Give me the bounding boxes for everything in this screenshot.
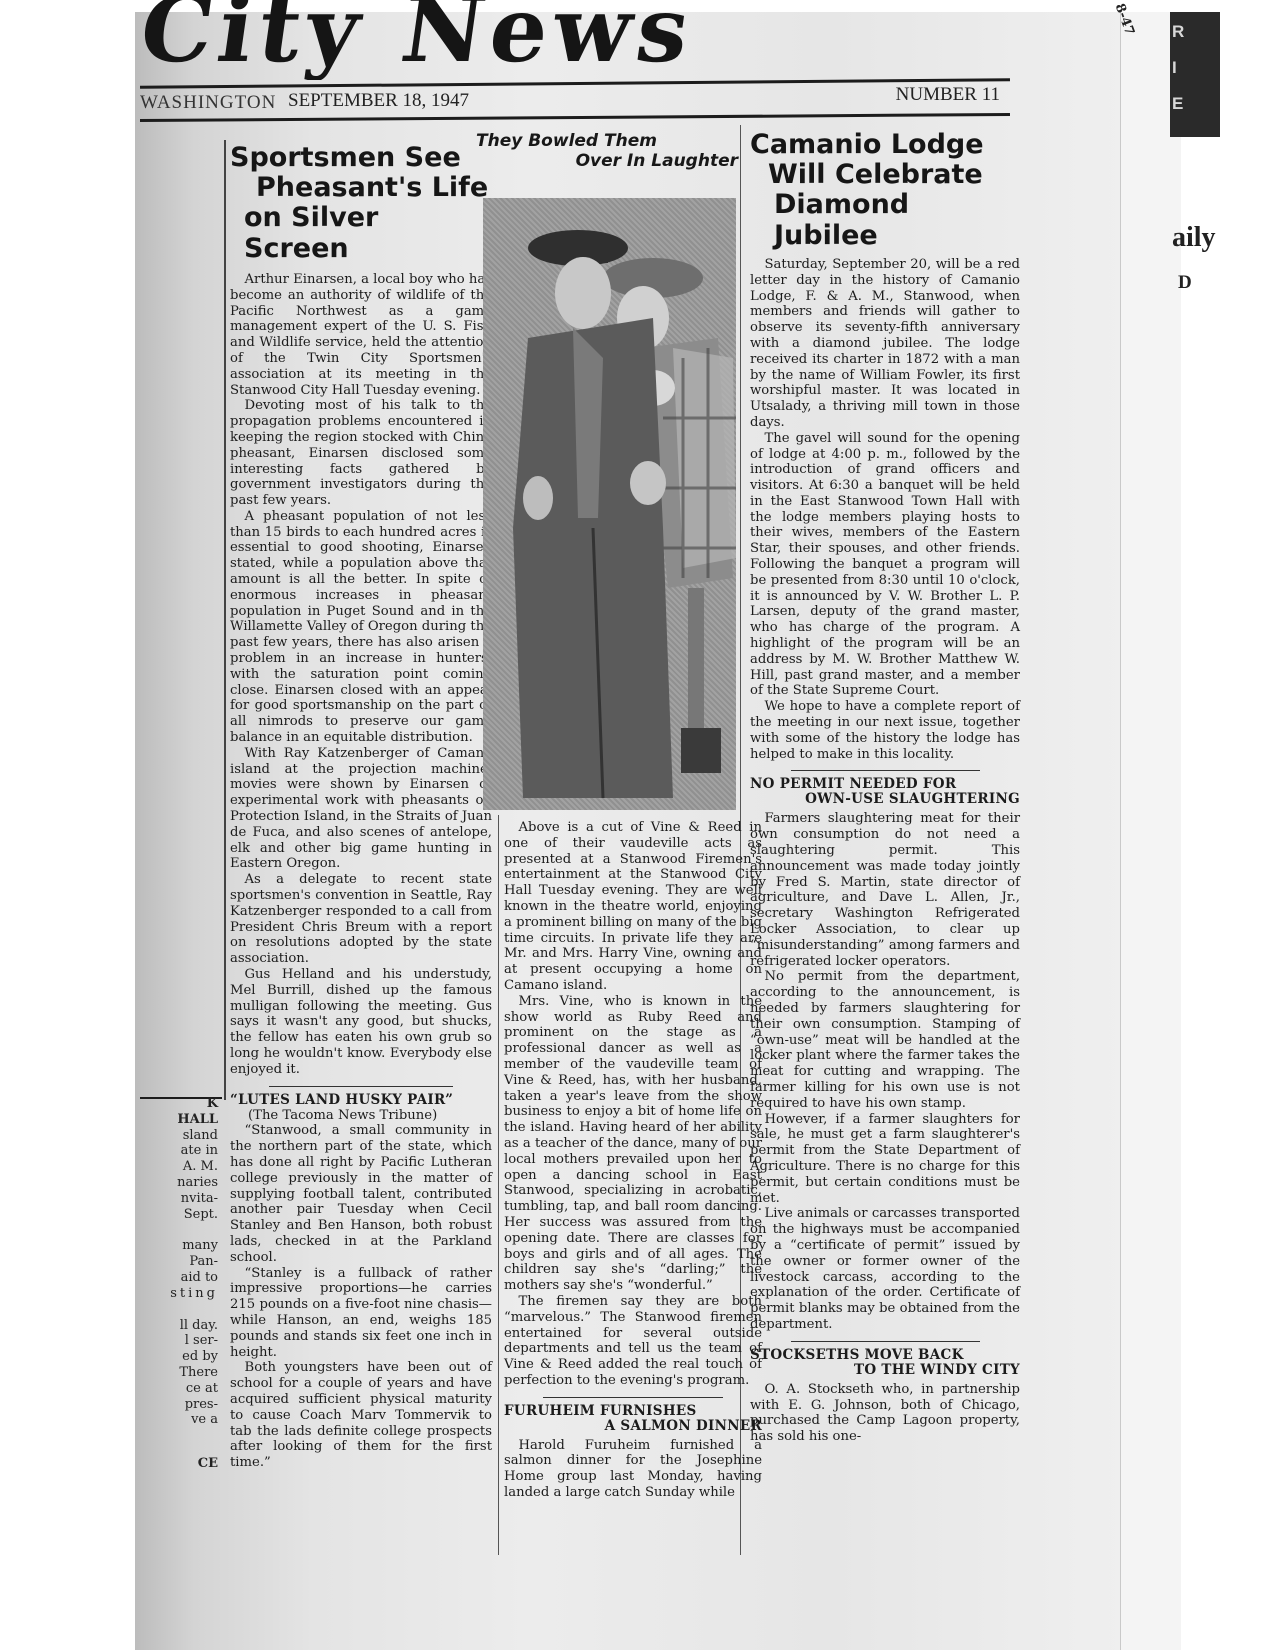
article-pheasant: Sportsmen See Pheasant's Life on Silver …: [230, 143, 492, 1471]
adjacent-page-edge: [1120, 12, 1181, 1650]
issue-date: SEPTEMBER 18, 1947: [288, 90, 469, 112]
paragraph: The gavel will sound for the opening of …: [750, 431, 1020, 700]
paragraph: “Stanwood, a small community in the nort…: [230, 1123, 492, 1265]
paragraph: Farmers slaughtering meat for their own …: [750, 811, 1020, 969]
headline-pheasant: Sportsmen See Pheasant's Life on Silver …: [230, 143, 492, 264]
dateline: WASHINGTON SEPTEMBER 18, 1947 NUMBER 11: [140, 90, 1010, 114]
paragraph: Devoting most of his talk to the propaga…: [230, 398, 492, 509]
paragraph: Gus Helland and his understudy, Mel Burr…: [230, 967, 492, 1078]
article-vine-reed: Above is a cut of Vine & Reed in one of …: [504, 820, 762, 1501]
paragraph: Saturday, September 20, will be a red le…: [750, 257, 1020, 431]
headline-bowled-line1: They Bowled Them: [476, 134, 738, 150]
article-divider: [791, 770, 980, 771]
paragraph: As a delegate to recent state sportsmen'…: [230, 872, 492, 967]
headline-bowled-line2: Over In Laughter: [476, 154, 738, 170]
masthead-title: City News: [134, 0, 905, 80]
dateline-place: WASHINGTON: [140, 92, 276, 114]
adjacent-page-word-aily: aily: [1172, 222, 1216, 254]
paragraph: Harold Furuheim furnished a salmon dinne…: [504, 1438, 762, 1501]
paragraph: We hope to have a complete report of the…: [750, 699, 1020, 762]
adjacent-page-banner-letters: R I E: [1172, 14, 1188, 122]
headline-furuheim: FURUHEIM FURNISHES A SALMON DINNER: [504, 1404, 762, 1434]
adjacent-page-word-d: D: [1178, 272, 1192, 294]
paragraph: However, if a farmer slaughters for sale…: [750, 1112, 1020, 1207]
article-divider: [543, 1397, 724, 1398]
paragraph: A pheasant population of not less than 1…: [230, 509, 492, 746]
paragraph: With Ray Katzenberger of Camano island a…: [230, 746, 492, 872]
article-lodge: Camanio Lodge Will Celebrate Diamond Jub…: [750, 130, 1020, 1445]
headline-lodge: Camanio Lodge Will Celebrate Diamond Jub…: [750, 130, 1020, 251]
column-rule-1: [498, 815, 499, 1555]
vine-reed-photo: [483, 198, 736, 810]
paragraph: Arthur Einarsen, a local boy who has bec…: [230, 272, 492, 398]
headline-stockseth: STOCKSETHS MOVE BACK TO THE WINDY CITY: [750, 1348, 1020, 1378]
paragraph: “Stanley is a fullback of rather impress…: [230, 1266, 492, 1361]
vaudeville-figures-illustration: [483, 198, 736, 810]
paragraph: Both youngsters have been out of school …: [230, 1360, 492, 1471]
issue-number: NUMBER 11: [896, 84, 1000, 106]
paragraph: Live animals or carcasses transported on…: [750, 1206, 1020, 1332]
headline-lutes: “LUTES LAND HUSKY PAIR”: [230, 1093, 492, 1108]
column-rule-left: [224, 140, 226, 1100]
article-divider: [269, 1086, 452, 1087]
paragraph: The firemen say they are both “marvelous…: [504, 1294, 762, 1389]
headline-permit: NO PERMIT NEEDED FOR OWN-USE SLAUGHTERIN…: [750, 777, 1020, 807]
left-fragment-column: K HALL sland ate in A. M. naries nvita- …: [138, 1096, 218, 1472]
lutes-source: (The Tacoma News Tribune): [230, 1108, 492, 1124]
article-divider: [791, 1341, 980, 1342]
paragraph: Above is a cut of Vine & Reed in one of …: [504, 820, 762, 994]
paragraph: O. A. Stockseth who, in partnership with…: [750, 1382, 1020, 1445]
article-vine-reed-header: They Bowled Them Over In Laughter: [476, 134, 738, 170]
paragraph: Mrs. Vine, who is known in the show worl…: [504, 994, 762, 1294]
paragraph: No permit from the department, according…: [750, 969, 1020, 1111]
